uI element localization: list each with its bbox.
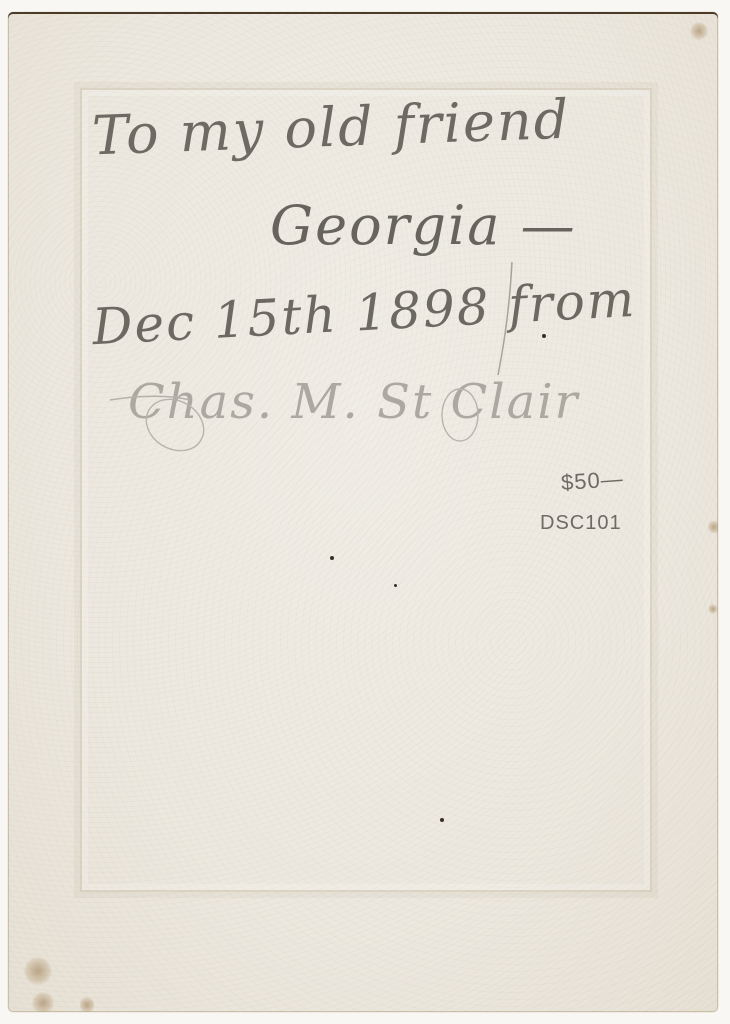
- inscription-line-2: Georgia —: [270, 194, 577, 257]
- scan-background: To my old friend Georgia — Dec 15th 1898…: [0, 0, 730, 1024]
- stain-bottom-left-2: [32, 992, 54, 1012]
- cabinet-card-back: To my old friend Georgia — Dec 15th 1898…: [8, 12, 718, 1012]
- speck: [542, 334, 546, 338]
- inscription-signature: Chas. M. St Clair: [128, 374, 580, 430]
- speck: [394, 584, 397, 587]
- catalog-id-annotation: DSC101: [540, 512, 622, 535]
- stain-top-right: [690, 22, 708, 40]
- price-annotation: $50—: [560, 466, 624, 496]
- stain-right-edge: [708, 520, 718, 534]
- speck: [330, 556, 334, 560]
- stain-bottom-left-3: [80, 996, 94, 1012]
- speck: [440, 818, 444, 822]
- stain-bottom-left: [24, 957, 52, 985]
- stain-right-edge-2: [708, 604, 718, 614]
